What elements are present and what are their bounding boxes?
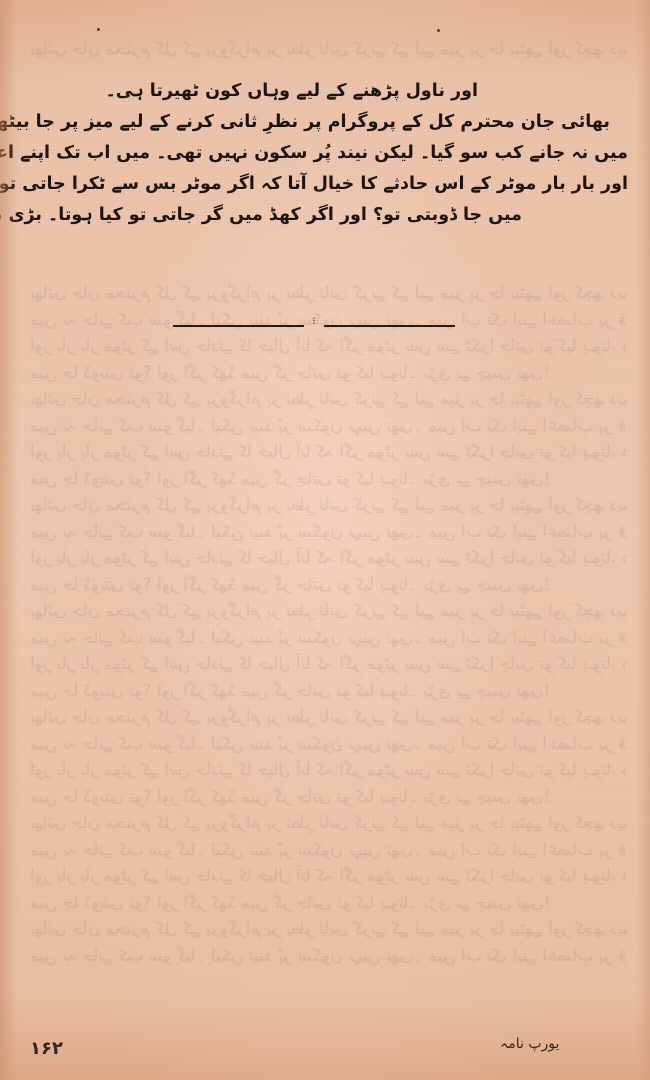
bleed-line: میں جا ڈوبتی تو؟ اور اگر کھڈ میں گر جاتی… [30,784,626,811]
running-title: یورپ نامہ [500,1036,559,1052]
section-divider: ⁝ [173,317,455,335]
bleed-line: اور بار بار موٹر کے اس حادثے کا خیال آتا… [30,545,626,572]
bleed-line: میں جا ڈوبتی تو؟ اور اگر کھڈ میں گر جاتی… [30,572,626,599]
bleed-through-text-body: بھائی جان محترم کل کے پروگرام پر نظرِ ثا… [30,280,626,1000]
bleed-line: بھائی جان محترم کل کے پروگرام پر نظرِ ثا… [30,492,626,519]
bleed-line: بھائی جان محترم کل کے پروگرام پر نظرِ ثا… [30,704,626,731]
bleed-line: میں نہ جانے کب سو گیا۔ لیکن نیند پُر سکو… [30,519,626,546]
bleed-line: اور بار بار موٹر کے اس حادثے کا خیال آتا… [30,439,626,466]
bleed-line: میں جا ڈوبتی تو؟ اور اگر کھڈ میں گر جاتی… [30,678,626,705]
divider-rule-left [173,325,304,327]
paper-speck [437,29,440,32]
bleed-line: بھائی جان محترم کل کے پروگرام پر نظرِ ثا… [30,916,626,943]
bleed-line: اور بار بار موٹر کے اس حادثے کا خیال آتا… [30,863,626,890]
text-line: میں نہ جانے کب سو گیا۔ لیکن نیند پُر سکو… [24,138,628,169]
bleed-through-text-top: بھائی جان محترم کل کے پروگرام پر نظرِ ثا… [30,36,626,63]
text-line: اور بار بار موٹر کے اس حادثے کا خیال آتا… [24,169,628,200]
bleed-line: میں نہ جانے کب سو گیا۔ لیکن نیند پُر سکو… [30,837,626,864]
page-edge-shadow [636,0,650,1080]
paper-speck [97,28,100,31]
bleed-line: بھائی جان محترم کل کے پروگرام پر نظرِ ثا… [30,810,626,837]
bleed-line: بھائی جان محترم کل کے پروگرام پر نظرِ ثا… [30,280,626,307]
bleed-line: میں جا ڈوبتی تو؟ اور اگر کھڈ میں گر جاتی… [30,466,626,493]
text-line: اور ناول پڑھنے کے لیے وہاں کون ٹھیرتا ہی… [24,76,628,107]
divider-rule-right [324,325,455,327]
bleed-line: اور بار بار موٹر کے اس حادثے کا خیال آتا… [30,757,626,784]
bleed-line: میں نہ جانے کب سو گیا۔ لیکن نیند پُر سکو… [30,731,626,758]
bleed-line: میں نہ جانے کب سو گیا۔ لیکن نیند پُر سکو… [30,943,626,970]
bleed-line: بھائی جان محترم کل کے پروگرام پر نظرِ ثا… [30,39,626,59]
scanned-book-page: بھائی جان محترم کل کے پروگرام پر نظرِ ثا… [0,0,650,1080]
bleed-line: بھائی جان محترم کل کے پروگرام پر نظرِ ثا… [30,598,626,625]
bleed-line: بھائی جان محترم کل کے پروگرام پر نظرِ ثا… [30,386,626,413]
bleed-line: میں نہ جانے کب سو گیا۔ لیکن نیند پُر سکو… [30,413,626,440]
divider-ornament-icon: ⁝ [309,317,319,335]
text-line: میں جا ڈوبتی تو؟ اور اگر کھڈ میں گر جاتی… [24,200,628,231]
bleed-line: میں جا ڈوبتی تو؟ اور اگر کھڈ میں گر جاتی… [30,360,626,387]
page-number: ۱۶۲ [30,1038,63,1059]
bleed-line: میں نہ جانے کب سو گیا۔ لیکن نیند پُر سکو… [30,625,626,652]
bleed-line: میں جا ڈوبتی تو؟ اور اگر کھڈ میں گر جاتی… [30,890,626,917]
bleed-line: اور بار بار موٹر کے اس حادثے کا خیال آتا… [30,651,626,678]
bleed-line: اور بار بار موٹر کے اس حادثے کا خیال آتا… [30,333,626,360]
text-line: بھائی جان محترم کل کے پروگرام پر نظرِ ثا… [24,107,628,138]
body-text: اور ناول پڑھنے کے لیے وہاں کون ٹھیرتا ہی… [24,76,628,231]
